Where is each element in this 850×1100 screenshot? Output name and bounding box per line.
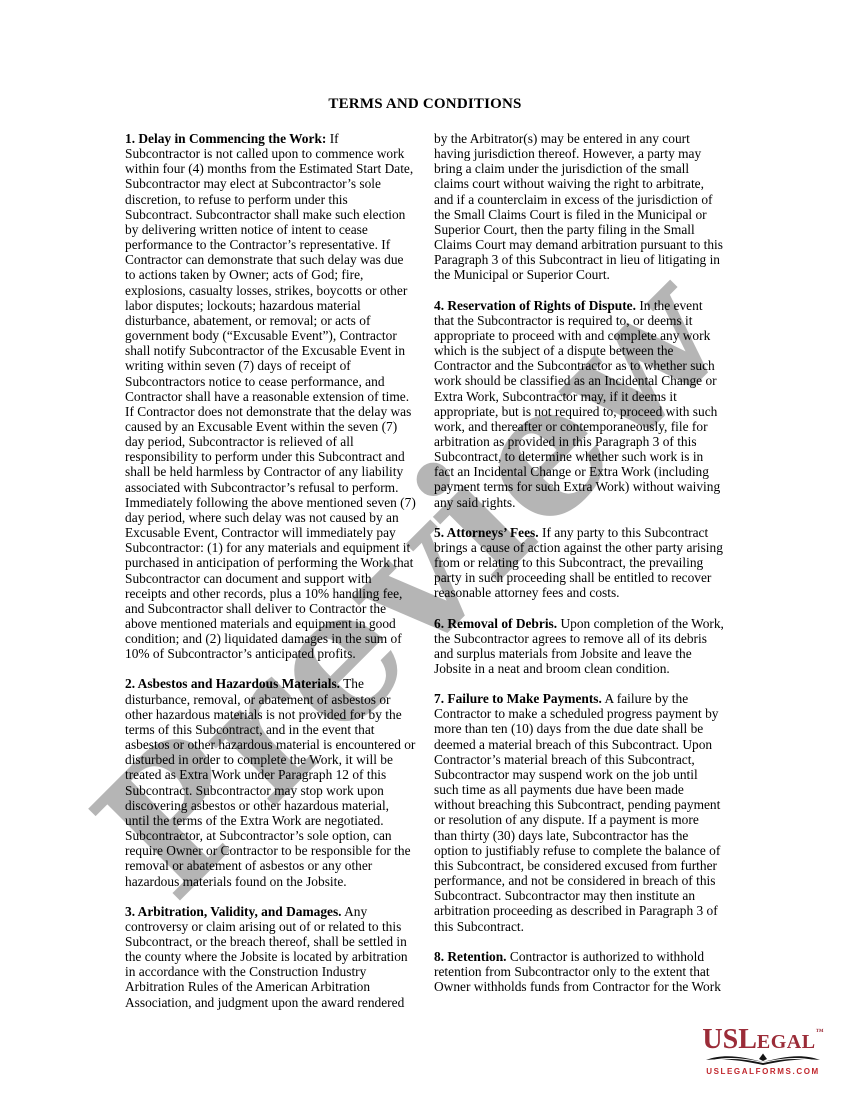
section-3-continuation-body: by the Arbitrator(s) may be entered in a…: [434, 131, 723, 282]
section-5-heading: 5. Attorneys’ Fees.: [434, 525, 539, 540]
section-1-paragraph: 1. Delay in Commencing the Work: If Subc…: [125, 131, 416, 661]
section-7-heading: 7. Failure to Make Payments.: [434, 691, 602, 706]
section-4-body: In the event that the Subcontractor is r…: [434, 298, 720, 510]
section-3-heading: 3. Arbitration, Validity, and Damages.: [125, 904, 342, 919]
section-3-body: Any controversy or claim arising out of …: [125, 904, 408, 1010]
section-1-body: If Subcontractor is not called upon to c…: [125, 131, 416, 661]
two-column-layout: 1. Delay in Commencing the Work: If Subc…: [125, 131, 725, 1025]
section-6-heading: 6. Removal of Debris.: [434, 616, 557, 631]
right-column: by the Arbitrator(s) may be entered in a…: [434, 131, 725, 1025]
section-5-paragraph: 5. Attorneys’ Fees. If any party to this…: [434, 525, 725, 601]
section-4-heading: 4. Reservation of Rights of Dispute.: [434, 298, 636, 313]
section-8-heading: 8. Retention.: [434, 949, 507, 964]
section-2-body: The disturbance, removal, or abatement o…: [125, 676, 415, 888]
section-1-heading: 1. Delay in Commencing the Work:: [125, 131, 326, 146]
left-column: 1. Delay in Commencing the Work: If Subc…: [125, 131, 416, 1025]
section-7-body: A failure by the Contractor to make a sc…: [434, 691, 720, 933]
document-content: TERMS AND CONDITIONS 1. Delay in Commenc…: [125, 96, 725, 1025]
section-4-paragraph: 4. Reservation of Rights of Dispute. In …: [434, 298, 725, 510]
section-3-paragraph: 3. Arbitration, Validity, and Damages. A…: [125, 904, 416, 1010]
uslegal-wordmark: USLEGAL™: [696, 1026, 830, 1054]
document-title: TERMS AND CONDITIONS: [125, 96, 725, 113]
trademark-symbol: ™: [816, 1027, 824, 1036]
document-page: Preview TERMS AND CONDITIONS 1. Delay in…: [0, 0, 850, 1100]
wordmark-l: L: [738, 1024, 757, 1055]
section-3-continuation-paragraph: by the Arbitrator(s) may be entered in a…: [434, 131, 725, 283]
section-7-paragraph: 7. Failure to Make Payments. A failure b…: [434, 691, 725, 934]
section-6-paragraph: 6. Removal of Debris. Upon completion of…: [434, 616, 725, 677]
uslegal-logo: USLEGAL™ USLEGALFORMS.COM: [696, 1026, 830, 1076]
section-8-paragraph: 8. Retention. Contractor is authorized t…: [434, 949, 725, 994]
section-2-paragraph: 2. Asbestos and Hazardous Materials. The…: [125, 676, 416, 888]
section-2-heading: 2. Asbestos and Hazardous Materials.: [125, 676, 340, 691]
wordmark-egal: EGAL: [757, 1031, 816, 1053]
wordmark-us: US: [702, 1024, 738, 1055]
uslegalforms-domain: USLEGALFORMS.COM: [696, 1067, 830, 1076]
